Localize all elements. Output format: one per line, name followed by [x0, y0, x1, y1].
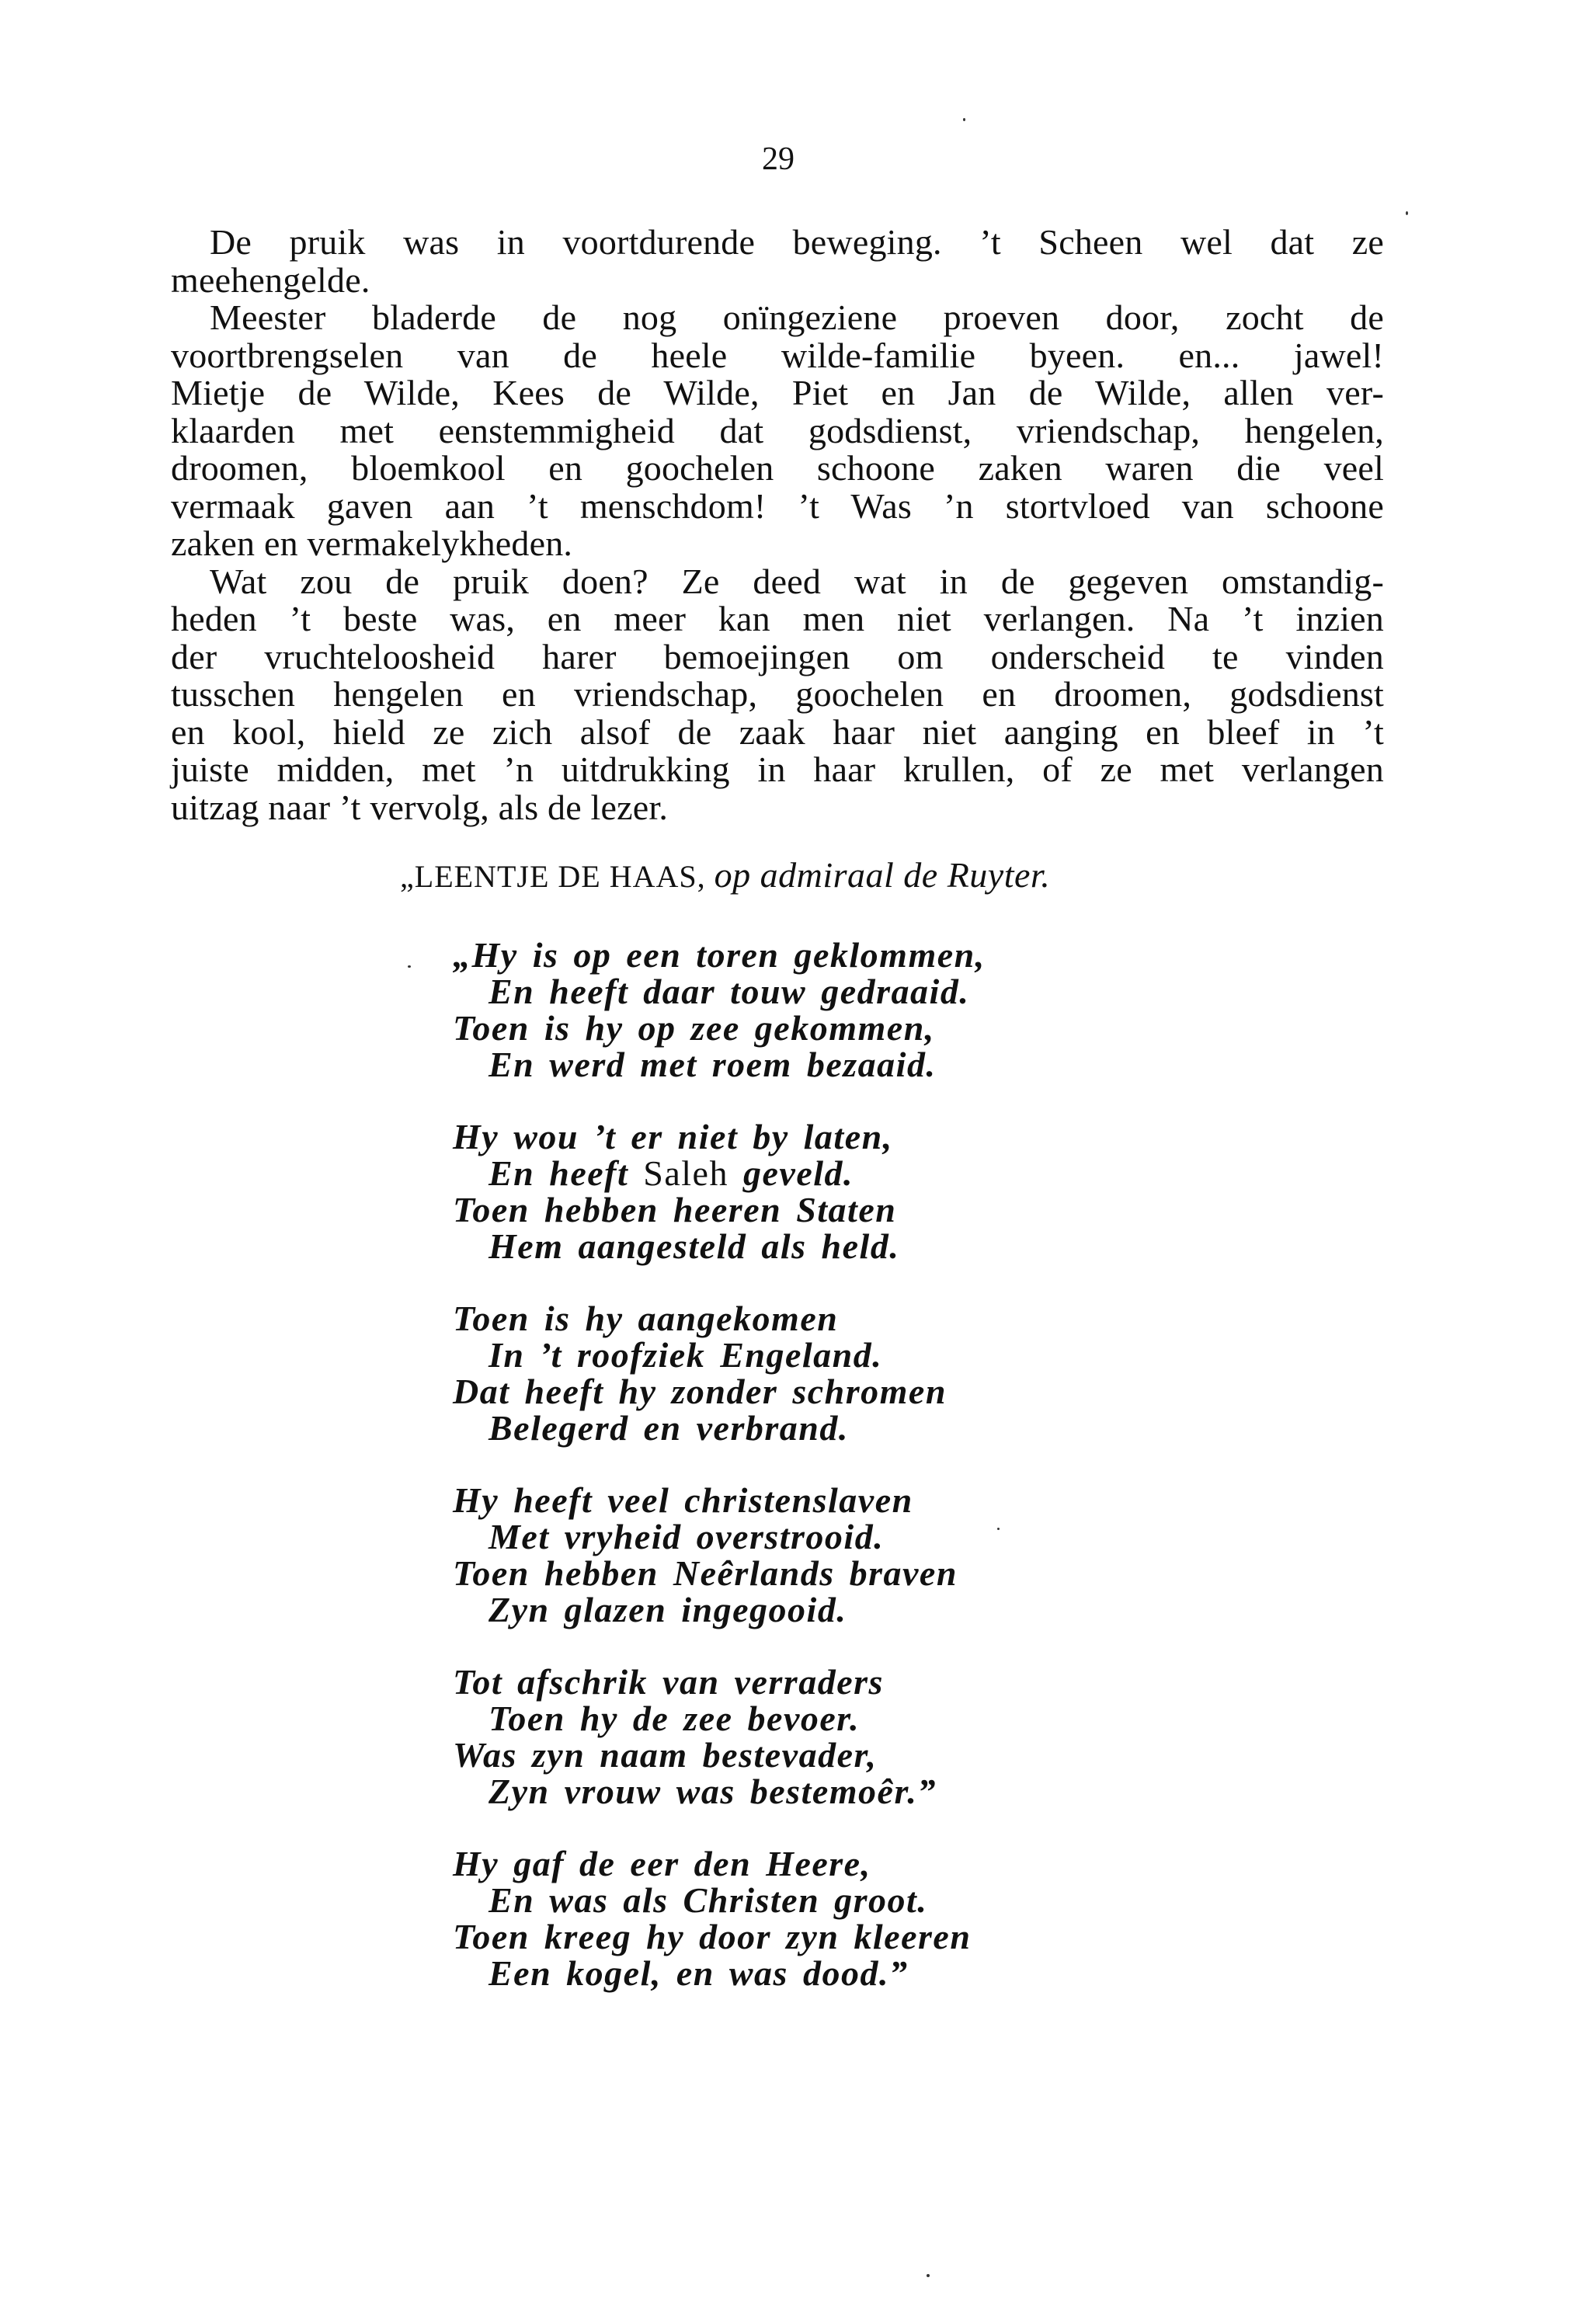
poem-subject: op admiraal de Ruyter. [715, 855, 1051, 895]
poem-verse: Hy wou ’t er niet by laten, [453, 1118, 986, 1155]
prose-line: tusschen hengelen en vriendschap, gooche… [171, 676, 1384, 714]
poem-stanza: „Hy is op een toren geklommen, En heeft … [453, 937, 986, 1083]
poem-verse: Was zyn naam bestevader, [453, 1737, 986, 1773]
scan-speck [927, 2274, 930, 2277]
scan-speck [408, 965, 411, 968]
verse-part: geveld. [728, 1153, 854, 1193]
poem-verse: En heeft Saleh geveld. [453, 1155, 986, 1191]
book-page: 29 De pruik was in voortdurende beweging… [0, 0, 1596, 2302]
poem-stanza: Tot afschrik van verraders Toen hy de ze… [453, 1664, 986, 1810]
poem-verse: Een kogel, en was dood.” [453, 1955, 986, 1991]
poem-verse: Toen is hy op zee gekommen, [453, 1010, 986, 1046]
poem-verse: Zyn vrouw was bestemoêr.” [453, 1773, 986, 1810]
prose-line: klaarden met eenstemmigheid dat godsdien… [171, 412, 1384, 450]
scan-speck [963, 118, 965, 121]
prose-line: der vruchteloosheid harer bemoejingen om… [171, 638, 1384, 676]
poem-verse: Tot afschrik van verraders [453, 1664, 986, 1700]
poem-stanza: Hy wou ’t er niet by laten, En heeft Sal… [453, 1118, 986, 1264]
scan-speck [997, 1528, 1000, 1530]
poem-author: „LEENTJE DE HAAS, [400, 859, 706, 894]
prose-line: vermaak gaven aan ’t menschdom! ’t Was ’… [171, 488, 1384, 526]
prose-line: heden ’t beste was, en meer kan men niet… [171, 600, 1384, 638]
poem-stanza: Toen is hy aangekomen In ’t roofziek Eng… [453, 1300, 986, 1446]
poem-verse: Toen hebben heeren Staten [453, 1191, 986, 1228]
poem-verse: Toen kreeg hy door zyn kleeren [453, 1918, 986, 1955]
poem-verse: Zyn glazen ingegooid. [453, 1591, 986, 1628]
poem-stanza: Hy heeft veel christenslaven Met vryheid… [453, 1482, 986, 1628]
poem-verse: Hy heeft veel christenslaven [453, 1482, 986, 1518]
prose-line: voortbrengselen van de heele wilde-famil… [171, 337, 1384, 375]
poem-verse: Toen hebben Neêrlands braven [453, 1555, 986, 1591]
poem: „Hy is op een toren geklommen, En heeft … [453, 937, 986, 2027]
prose-line: Meester bladerde de nog onïngeziene proe… [171, 299, 1384, 337]
prose-line: juiste midden, met ’n uitdrukking in haa… [171, 751, 1384, 789]
poem-verse: Hem aangesteld als held. [453, 1228, 986, 1264]
prose-line: en kool, hield ze zich alsof de zaak haa… [171, 714, 1384, 752]
poem-verse: En werd met roem bezaaid. [453, 1046, 986, 1083]
prose-line: Mietje de Wilde, Kees de Wilde, Piet en … [171, 374, 1384, 412]
poem-verse: Toen is hy aangekomen [453, 1300, 986, 1337]
poem-verse: Met vryheid overstrooid. [453, 1518, 986, 1555]
poem-verse: Hy gaf de eer den Heere, [453, 1845, 986, 1882]
poem-verse: In ’t roofziek Engeland. [453, 1337, 986, 1373]
poem-stanza: Hy gaf de eer den Heere, En was als Chri… [453, 1845, 986, 1991]
poem-verse: En heeft daar touw gedraaid. [453, 973, 986, 1010]
poem-verse: Toen hy de zee bevoer. [453, 1700, 986, 1737]
poem-verse: Dat heeft hy zonder schromen [453, 1373, 986, 1410]
prose-line: uitzag naar ’t vervolg, als de lezer. [171, 789, 1384, 827]
prose-line: zaken en vermakelykheden. [171, 525, 1384, 563]
verse-part: En heeft [489, 1153, 643, 1193]
poem-verse: „Hy is op een toren geklommen, [453, 937, 986, 973]
page-number: 29 [0, 140, 1556, 179]
prose-line: Wat zou de pruik doen? Ze deed wat in de… [171, 563, 1384, 601]
poem-verse: En was als Christen groot. [453, 1882, 986, 1918]
prose-line: De pruik was in voortdurende beweging. ’… [171, 224, 1384, 262]
scan-speck [1406, 211, 1408, 215]
poem-verse: Belegerd en verbrand. [453, 1410, 986, 1446]
prose-line: droomen, bloemkool en goochelen schoone … [171, 450, 1384, 488]
prose-text: De pruik was in voortdurende beweging. ’… [171, 224, 1384, 826]
verse-roman-word: Saleh [643, 1153, 728, 1193]
poem-heading: „LEENTJE DE HAAS, op admiraal de Ruyter. [400, 856, 1050, 896]
prose-line: meehengelde. [171, 262, 1384, 300]
